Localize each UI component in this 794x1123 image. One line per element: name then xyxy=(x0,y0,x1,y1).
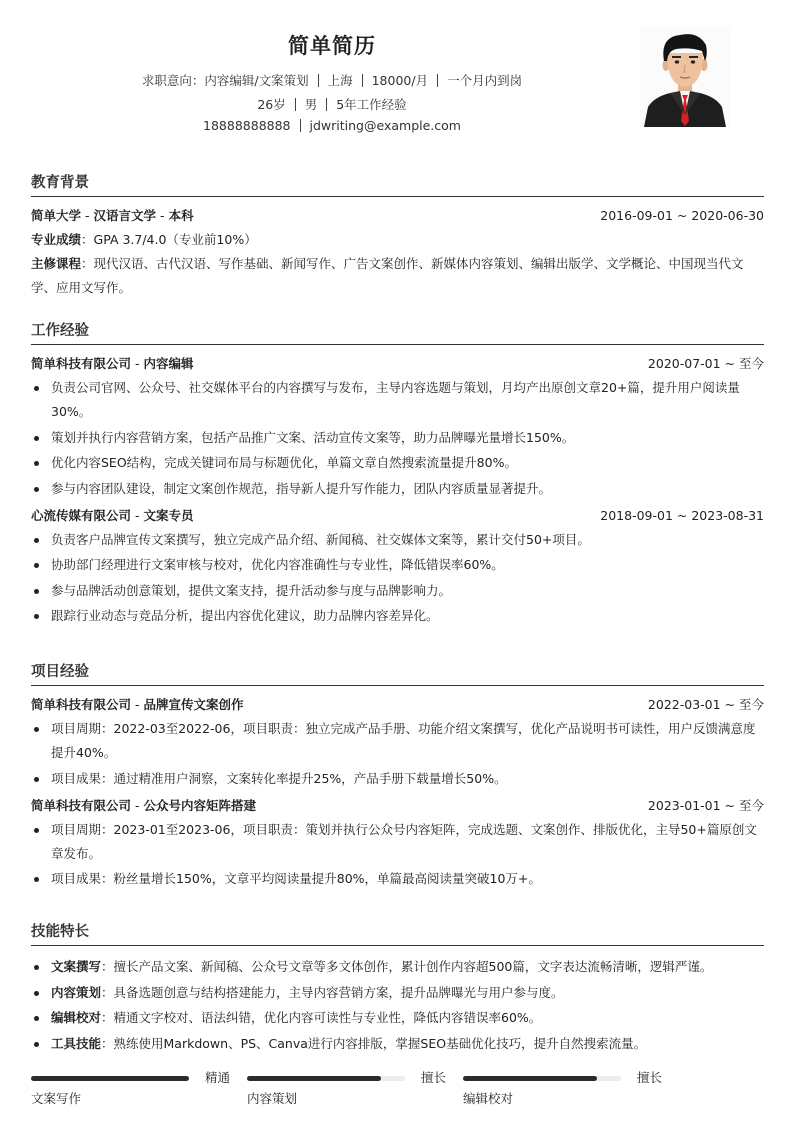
courses-line: 主修课程：现代汉语、古代汉语、写作基础、新闻写作、广告文案创作、新媒体内容策划、… xyxy=(31,252,759,300)
skill-bar-fill xyxy=(31,1076,189,1081)
project-title: 简单科技有限公司-公众号内容矩阵搭建 xyxy=(31,794,256,818)
job-title: 心流传媒有限公司-文案专员 xyxy=(31,504,194,528)
list-item: 优化内容SEO结构，完成关键词布局与标题优化，单篇文章自然搜索流量提升80%。 xyxy=(31,451,761,475)
list-item: 策划并执行内容营销方案，包括产品推广文案、活动宣传文案等，助力品牌曝光量增长15… xyxy=(31,426,761,450)
skill-level-bars: 精通 文案写作 擅长 内容策划 擅长 编辑校对 xyxy=(31,1072,731,1112)
list-item: 项目成果：粉丝量增长150%，文章平均阅读量提升80%，单篇最高阅读量突破10万… xyxy=(31,867,761,891)
company-name: 心流传媒有限公司 xyxy=(31,508,131,523)
education-entry-header: 简单大学-汉语言文学-本科 2016-09-01 ~ 2020-06-30 xyxy=(31,204,764,228)
avatar xyxy=(640,27,730,127)
skill-bar-label: 编辑校对 xyxy=(463,1089,513,1107)
job-role: 内容编辑 xyxy=(144,356,194,371)
list-item: 参与品牌活动创意策划，提供文案支持，提升活动参与度与品牌影响力。 xyxy=(31,579,764,603)
job-date: 2018-09-01 ~ 2023-08-31 xyxy=(600,504,764,528)
list-item: 负责客户品牌宣传文案撰写，独立完成产品介绍、新闻稿、社交媒体文案等，累计交付50… xyxy=(31,528,764,552)
projects-section: 项目经验 简单科技有限公司-品牌宣传文案创作 2022-03-01 ~ 至今 项… xyxy=(31,661,764,893)
gpa-value: ：GPA 3.7/4.0（专业前10%） xyxy=(81,232,257,247)
project-entry-header: 简单科技有限公司-公众号内容矩阵搭建 2023-01-01 ~ 至今 xyxy=(31,794,764,818)
separator xyxy=(318,74,319,87)
list-item: 文案撰写：擅长产品文案、新闻稿、公众号文章等多文体创作，累计创作内容超500篇，… xyxy=(31,955,764,979)
job-entry-header: 简单科技有限公司-内容编辑 2020-07-01 ~ 至今 xyxy=(31,352,764,376)
job-bullets: 负责客户品牌宣传文案撰写，独立完成产品介绍、新闻稿、社交媒体文案等，累计交付50… xyxy=(31,528,764,629)
job-title: 简单科技有限公司-内容编辑 xyxy=(31,352,194,376)
company-name: 简单科技有限公司 xyxy=(31,798,131,813)
degree: 本科 xyxy=(169,208,194,223)
skill-bar-fill xyxy=(463,1076,597,1081)
project-title: 简单科技有限公司-品牌宣传文案创作 xyxy=(31,693,244,717)
skills-bullets: 文案撰写：擅长产品文案、新闻稿、公众号文章等多文体创作，累计创作内容超500篇，… xyxy=(31,955,764,1056)
availability: 一个月内到岗 xyxy=(447,73,522,88)
education-entry-title: 简单大学-汉语言文学-本科 xyxy=(31,204,194,228)
separator xyxy=(326,98,327,111)
project-bullets: 项目周期：2022-03至2022-06，项目职责：独立完成产品手册、功能介绍文… xyxy=(31,717,761,791)
skill-text: ：具备选题创意与结构搭建能力，主导内容营销方案，提升品牌曝光与用户参与度。 xyxy=(101,985,564,1000)
school-name: 简单大学 xyxy=(31,208,81,223)
location: 上海 xyxy=(328,73,353,88)
email: jdwriting@example.com xyxy=(310,118,461,133)
job-date: 2020-07-01 ~ 至今 xyxy=(648,352,764,376)
section-title: 技能特长 xyxy=(31,921,764,946)
education-section: 教育背景 简单大学-汉语言文学-本科 2016-09-01 ~ 2020-06-… xyxy=(31,172,764,300)
list-item: 项目成果：通过精准用户洞察，文案转化率提升25%，产品手册下载量增长50%。 xyxy=(31,767,761,791)
project-date: 2023-01-01 ~ 至今 xyxy=(648,794,764,818)
separator xyxy=(295,98,296,111)
skill-level: 精通 xyxy=(205,1068,230,1086)
skills-section: 技能特长 文案撰写：擅长产品文案、新闻稿、公众号文章等多文体创作，累计创作内容超… xyxy=(31,921,764,1057)
courses-value: ：现代汉语、古代汉语、写作基础、新闻写作、广告文案创作、新媒体内容策划、编辑出版… xyxy=(31,256,744,295)
list-item: 项目周期：2022-03至2022-06，项目职责：独立完成产品手册、功能介绍文… xyxy=(31,717,761,765)
skill-bar-track xyxy=(463,1076,621,1081)
salary: 18000/月 xyxy=(372,73,428,88)
separator xyxy=(362,74,363,87)
project-entry-header: 简单科技有限公司-品牌宣传文案创作 2022-03-01 ~ 至今 xyxy=(31,693,764,717)
list-item: 协助部门经理进行文案审核与校对，优化内容准确性与专业性，降低错误率60%。 xyxy=(31,553,764,577)
skill-label: 编辑校对 xyxy=(51,1010,101,1025)
project-name: 公众号内容矩阵搭建 xyxy=(144,798,257,813)
resume-name: 简单简历 xyxy=(0,30,664,60)
company-name: 简单科技有限公司 xyxy=(31,697,131,712)
job-intention-line: 求职意向：内容编辑/文案策划上海18000/月一个月内到岗 xyxy=(0,71,664,89)
courses-label: 主修课程 xyxy=(31,256,81,271)
list-item: 负责公司官网、公众号、社交媒体平台的内容撰写与发布，主导内容选题与策划，月均产出… xyxy=(31,376,761,424)
project-date: 2022-03-01 ~ 至今 xyxy=(648,693,764,717)
list-item: 参与内容团队建设，制定文案创作规范，指导新人提升写作能力，团队内容质量显著提升。 xyxy=(31,477,761,501)
project-bullets: 项目周期：2023-01至2023-06，项目职责：策划并执行公众号内容矩阵，完… xyxy=(31,818,761,892)
separator xyxy=(300,119,301,132)
skill-level: 擅长 xyxy=(637,1068,662,1086)
skill-label: 内容策划 xyxy=(51,985,101,1000)
skill-level: 擅长 xyxy=(421,1068,446,1086)
list-item: 跟踪行业动态与竞品分析，提出内容优化建议，助力品牌内容差异化。 xyxy=(31,604,764,628)
gender: 男 xyxy=(305,97,318,112)
skill-text: ：精通文字校对、语法纠错，优化内容可读性与专业性，降低内容错误率60%。 xyxy=(101,1010,541,1025)
avatar-portrait-icon xyxy=(640,27,730,127)
work-section: 工作经验 简单科技有限公司-内容编辑 2020-07-01 ~ 至今 负责公司官… xyxy=(31,320,764,630)
job-intention: 求职意向：内容编辑/文案策划 xyxy=(142,73,309,88)
skill-bar-label: 文案写作 xyxy=(31,1089,81,1107)
contact-line: 18888888888jdwriting@example.com xyxy=(0,118,664,133)
education-date: 2016-09-01 ~ 2020-06-30 xyxy=(600,204,764,228)
age: 26岁 xyxy=(257,97,285,112)
gpa-line: 专业成绩：GPA 3.7/4.0（专业前10%） xyxy=(31,228,764,252)
skill-text: ：熟练使用Markdown、PS、Canva进行内容排版，掌握SEO基础优化技巧… xyxy=(101,1036,646,1051)
phone: 18888888888 xyxy=(203,118,290,133)
company-name: 简单科技有限公司 xyxy=(31,356,131,371)
project-name: 品牌宣传文案创作 xyxy=(144,697,244,712)
experience-years: 5年工作经验 xyxy=(336,97,406,112)
skill-bar-track xyxy=(247,1076,405,1081)
skill-bar-fill xyxy=(247,1076,381,1081)
skill-label: 文案撰写 xyxy=(51,959,101,974)
major: 汉语言文学 xyxy=(94,208,157,223)
job-entry-header: 心流传媒有限公司-文案专员 2018-09-01 ~ 2023-08-31 xyxy=(31,504,764,528)
list-item: 内容策划：具备选题创意与结构搭建能力，主导内容营销方案，提升品牌曝光与用户参与度… xyxy=(31,981,764,1005)
gpa-label: 专业成绩 xyxy=(31,232,81,247)
job-role: 文案专员 xyxy=(144,508,194,523)
list-item: 项目周期：2023-01至2023-06，项目职责：策划并执行公众号内容矩阵，完… xyxy=(31,818,761,866)
skill-bar-label: 内容策划 xyxy=(247,1089,297,1107)
resume-header: 简单简历 求职意向：内容编辑/文案策划上海18000/月一个月内到岗 26岁男5… xyxy=(0,0,794,150)
skill-text: ：擅长产品文案、新闻稿、公众号文章等多文体创作，累计创作内容超500篇，文字表达… xyxy=(101,959,712,974)
list-item: 编辑校对：精通文字校对、语法纠错，优化内容可读性与专业性，降低内容错误率60%。 xyxy=(31,1006,764,1030)
skill-label: 工具技能 xyxy=(51,1036,101,1051)
separator xyxy=(437,74,438,87)
skill-bar-track xyxy=(31,1076,189,1081)
personal-info-line: 26岁男5年工作经验 xyxy=(0,95,664,113)
section-title: 教育背景 xyxy=(31,172,764,197)
section-title: 项目经验 xyxy=(31,661,764,686)
job-bullets: 负责公司官网、公众号、社交媒体平台的内容撰写与发布，主导内容选题与策划，月均产出… xyxy=(31,376,761,501)
list-item: 工具技能：熟练使用Markdown、PS、Canva进行内容排版，掌握SEO基础… xyxy=(31,1032,764,1056)
section-title: 工作经验 xyxy=(31,320,764,345)
